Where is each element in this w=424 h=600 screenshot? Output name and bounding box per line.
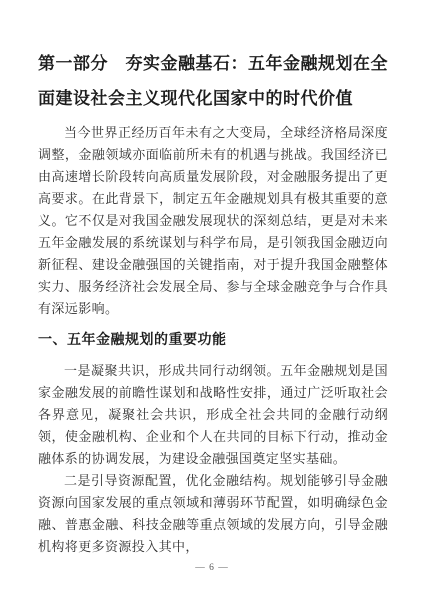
page-number: — 6 — — [0, 563, 424, 573]
document-page: 第一部分 夯实金融基石：五年金融规划在全面建设社会主义现代化国家中的时代价值 当… — [0, 0, 424, 600]
body-paragraph-1: 一是凝聚共识，形成共同行动纲领。五年金融规划是国家金融发展的前瞻性谋划和战略性安… — [38, 360, 388, 470]
page-title: 第一部分 夯实金融基石：五年金融规划在全面建设社会主义现代化国家中的时代价值 — [38, 46, 388, 116]
intro-paragraph: 当今世界正经历百年未有之大变局，全球经济格局深度调整，金融领域亦面临前所未有的机… — [38, 122, 388, 320]
body-paragraph-2: 二是引导资源配置，优化金融结构。规划能够引导金融资源向国家发展的重点领域和薄弱环… — [38, 470, 388, 558]
section-heading: 一、五年金融规划的重要功能 — [38, 329, 388, 349]
